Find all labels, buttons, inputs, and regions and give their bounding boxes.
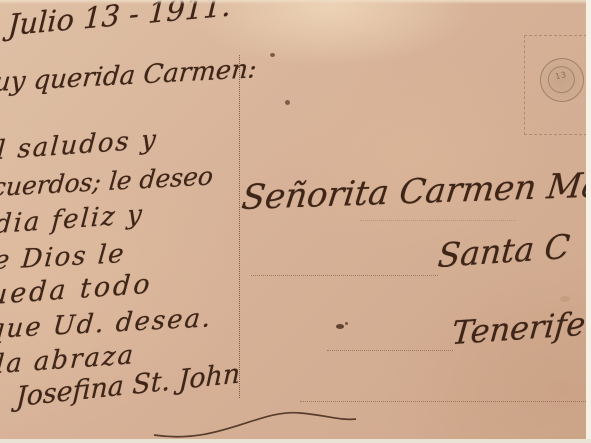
signature-flourish [150,405,360,441]
ink-speck [270,53,275,57]
ink-speck [345,322,348,325]
address-dotted-line [327,350,453,351]
message-date-line: Julio 13 - 1911. [7,0,232,42]
address-city-line: Santa C [436,227,571,276]
message-line: cuerdos; le deseo [0,161,214,202]
message-line: l saludos y [0,125,159,166]
message-line: e Dios le [0,239,127,276]
ink-speck [336,324,344,329]
message-line: que Ud. desea. [0,303,214,345]
address-island-line: Tenerife [450,305,587,353]
address-dotted-line [251,275,438,276]
message-address-divider-line [239,55,240,398]
scan-bottom-margin [0,439,591,443]
card-top-edge [0,0,591,4]
message-line: dia feliz y [0,199,145,240]
scan-right-margin [586,0,591,443]
address-dotted-line [360,220,516,221]
address-dotted-line [300,401,586,402]
message-line: ueda todo [0,269,154,312]
ink-speck [285,100,290,105]
paper-smudge [560,296,570,302]
address-recipient-line: Señorita Carmen Mar [240,165,591,218]
message-greeting: uy querida Carmen: [0,54,258,98]
postcard-scan: Julio 13 - 1911. uy querida Carmen: l sa… [0,0,591,443]
